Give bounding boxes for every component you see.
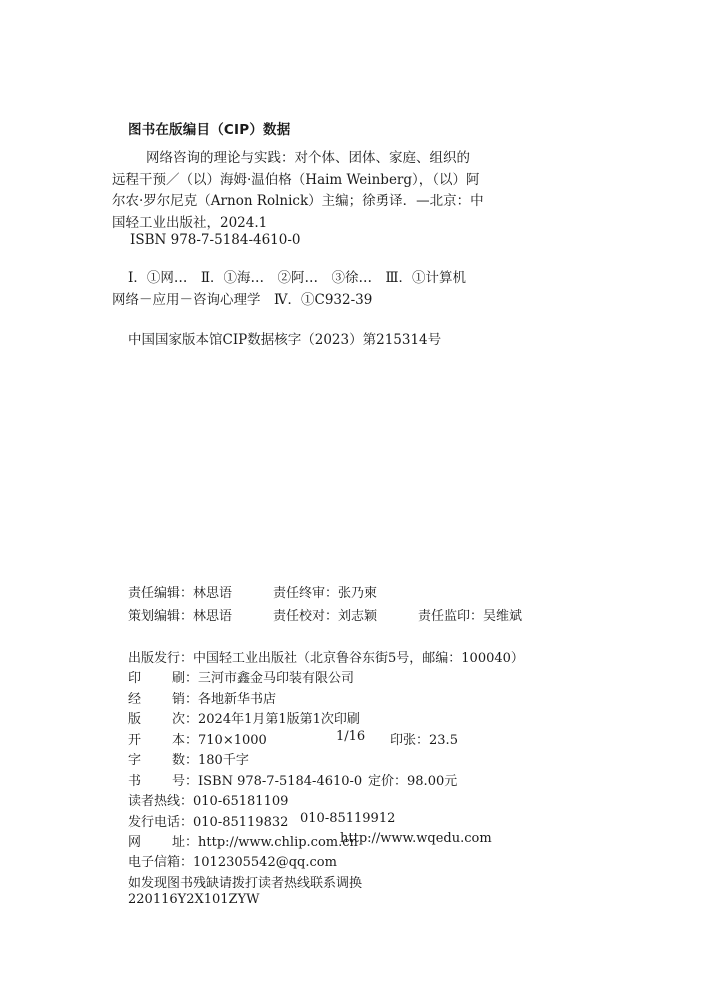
website-link-2[interactable]: http://www.wqedu.com	[340, 831, 492, 846]
website-link-1[interactable]: http://www.chlip.com.cn	[198, 835, 358, 850]
staff-value: 林思语	[193, 609, 232, 624]
staff-label: 责任终审：	[273, 586, 338, 601]
sales-phone-value: 010-85119832	[193, 815, 288, 830]
sheets-value: 23.5	[429, 733, 458, 748]
classification-line: Ⅰ．①网… Ⅱ．①海… ②阿… ③徐… Ⅲ．①计算机	[128, 266, 466, 286]
staff-row: 策划编辑：林思语	[128, 605, 232, 624]
staff-label: 责任监印：	[418, 609, 483, 624]
reader-hotline-row: 读者热线：010-65181109	[128, 790, 288, 809]
format-label-b: 本：	[172, 729, 198, 748]
publisher-row: 出版发行：中国轻工业出版社（北京鲁谷东街5号，邮编：100040）	[128, 647, 524, 666]
sales-phone-row: 发行电话：010-85119832 010-85119912	[128, 811, 288, 830]
staff-row: 责任校对：刘志颖	[273, 605, 377, 624]
distributor-row: 经销：各地新华书店	[128, 688, 276, 707]
website-label-b: 址：	[172, 831, 198, 850]
edition-row: 版次：2024年1月第1版第1次印刷	[128, 708, 360, 727]
book-number-value: ISBN 978-7-5184-4610-0	[198, 774, 362, 789]
staff-row: 责任编辑：林思语	[128, 582, 232, 601]
book-number-label-b: 号：	[172, 770, 198, 789]
format-row: 开本：710×1000 1/16 印张：23.5	[128, 729, 267, 748]
edition-value: 2024年1月第1版第1次印刷	[198, 712, 360, 727]
staff-row: 责任监印：吴维斌	[418, 605, 522, 624]
word-count-value: 180千字	[198, 753, 249, 768]
cip-description-line: 网络咨询的理论与实践：对个体、团体、家庭、组织的	[146, 146, 470, 166]
format-label-a: 开	[128, 729, 141, 748]
distributor-value: 各地新华书店	[198, 692, 276, 707]
format-value: 710×1000	[198, 733, 267, 748]
edition-label-b: 次：	[172, 708, 198, 727]
staff-value: 张乃柬	[338, 586, 377, 601]
printer-label-a: 印	[128, 667, 141, 686]
website-row: 网址：http://www.chlip.com.cn http://www.wq…	[128, 831, 358, 850]
staff-value: 林思语	[193, 586, 232, 601]
classification-line: 网络－应用－咨询心理学 Ⅳ．①C932-39	[112, 288, 372, 308]
price-label: 定价：	[368, 774, 407, 789]
price-group: 定价：98.00元	[368, 770, 457, 789]
cip-isbn: ISBN 978-7-5184-4610-0	[130, 232, 301, 248]
email-label: 电子信箱：	[128, 855, 193, 870]
book-number-row: 书号：ISBN 978-7-5184-4610-0 定价：98.00元	[128, 770, 362, 789]
staff-label: 策划编辑：	[128, 609, 193, 624]
edition-label-a: 版	[128, 708, 141, 727]
staff-label: 责任校对：	[273, 609, 338, 624]
email-row: 电子信箱：1012305542@qq.com	[128, 851, 337, 870]
sales-phone-label: 发行电话：	[128, 815, 193, 830]
print-code: 220116Y2X101ZYW	[128, 892, 260, 907]
notice-text: 如发现图书残缺请拨打读者热线联系调换	[128, 872, 362, 891]
word-count-label-a: 字	[128, 749, 141, 768]
cip-description-line: 尔农·罗尔尼克（Arnon Rolnick）主编；徐勇译．—北京：中	[112, 189, 484, 209]
cip-title: 图书在版编目（CIP）数据	[128, 118, 290, 138]
staff-value: 吴维斌	[483, 609, 522, 624]
cip-number: 中国国家版本馆CIP数据核字（2023）第215314号	[128, 328, 441, 348]
reader-hotline-label: 读者热线：	[128, 794, 193, 809]
staff-label: 责任编辑：	[128, 586, 193, 601]
price-value: 98.00元	[407, 774, 457, 789]
book-number-label-a: 书	[128, 770, 141, 789]
printer-row: 印刷：三河市鑫金马印装有限公司	[128, 667, 354, 686]
word-count-label-b: 数：	[172, 749, 198, 768]
cip-description-line: 远程干预／（以）海姆·温伯格（Haim Weinberg），（以）阿	[112, 168, 480, 188]
cip-description-line: 国轻工业出版社，2024.1	[112, 211, 267, 231]
sales-phone-value-2: 010-85119912	[300, 811, 395, 826]
sheets-group: 印张：23.5	[390, 729, 458, 748]
publisher-value: 中国轻工业出版社（北京鲁谷东街5号，邮编：100040）	[193, 651, 524, 666]
publisher-label: 出版发行：	[128, 651, 193, 666]
sheets-label: 印张：	[390, 733, 429, 748]
staff-row: 责任终审：张乃柬	[273, 582, 377, 601]
word-count-row: 字数：180千字	[128, 749, 249, 768]
distributor-label-a: 经	[128, 688, 141, 707]
website-label-a: 网	[128, 831, 141, 850]
email-value[interactable]: 1012305542@qq.com	[193, 855, 337, 870]
staff-value: 刘志颖	[338, 609, 377, 624]
distributor-label-b: 销：	[172, 688, 198, 707]
format-fold: 1/16	[336, 729, 365, 744]
reader-hotline-value: 010-65181109	[193, 794, 288, 809]
printer-value: 三河市鑫金马印装有限公司	[198, 671, 354, 686]
printer-label-b: 刷：	[172, 667, 198, 686]
